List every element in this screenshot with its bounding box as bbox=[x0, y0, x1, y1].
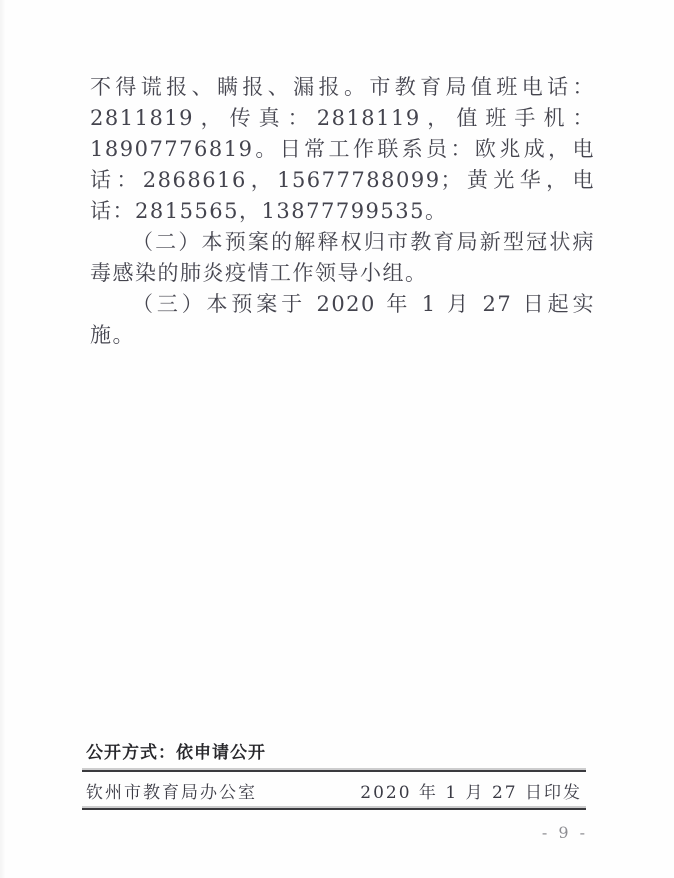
paragraph-clause-2: （二）本预案的解释权归市教育局新型冠状病毒感染的肺炎疫情工作领导小组。 bbox=[90, 227, 595, 289]
print-date-label: 2020 年 1 月 27 日印发 bbox=[360, 778, 582, 803]
paragraph-contact-info: 不得谎报、瞒报、漏报。市教育局值班电话：2811819，传真：2818119，值… bbox=[90, 72, 595, 227]
page-number: - 9 - bbox=[542, 823, 588, 842]
publicity-method-label: 公开方式：依申请公开 bbox=[82, 738, 586, 770]
paragraph-clause-3: （三）本预案于 2020 年 1 月 27 日起实施。 bbox=[90, 289, 595, 351]
document-body: 不得谎报、瞒报、漏报。市教育局值班电话：2811819，传真：2818119，值… bbox=[90, 72, 595, 351]
document-footer: 公开方式：依申请公开 钦州市教育局办公室 2020 年 1 月 27 日印发 bbox=[82, 738, 586, 810]
scanned-document-page: 不得谎报、瞒报、漏报。市教育局值班电话：2811819，传真：2818119，值… bbox=[0, 0, 674, 878]
issuer-row: 钦州市教育局办公室 2020 年 1 月 27 日印发 bbox=[82, 772, 586, 808]
issuing-office-label: 钦州市教育局办公室 bbox=[86, 778, 257, 803]
footer-bottom-rule bbox=[82, 808, 586, 810]
